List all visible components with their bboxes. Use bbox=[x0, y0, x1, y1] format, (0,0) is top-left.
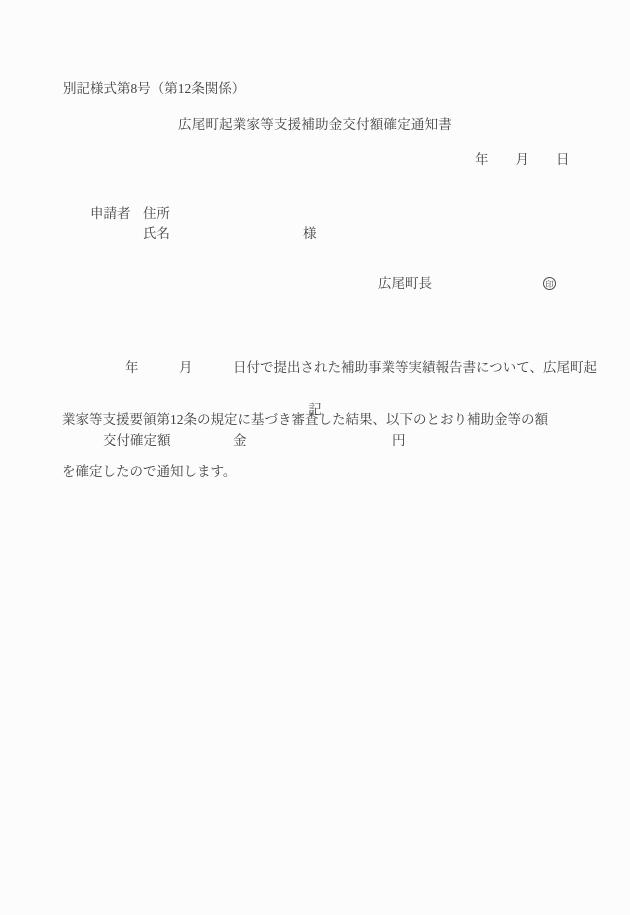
section-marker: 記 bbox=[0, 402, 630, 418]
body-line: 年 月 日付で提出された補助事業等実績報告書について、広尾町起 bbox=[62, 358, 574, 378]
issue-date-line: 年 月 日 bbox=[475, 152, 570, 168]
applicant-address-label: 住所 bbox=[143, 206, 170, 222]
amount-label: 交付確定額 bbox=[103, 433, 171, 449]
form-number: 別記様式第8号（第12条関係） bbox=[63, 81, 245, 97]
document-title: 広尾町起業家等支援補助金交付額確定通知書 bbox=[0, 117, 630, 133]
amount-currency-prefix: 金 bbox=[233, 433, 247, 449]
amount-currency-suffix: 円 bbox=[392, 433, 406, 449]
issuer-title: 広尾町長 bbox=[378, 276, 432, 292]
applicant-label: 申請者 bbox=[90, 206, 131, 222]
applicant-honorific: 様 bbox=[303, 226, 317, 242]
document-page: 別記様式第8号（第12条関係） 広尾町起業家等支援補助金交付額確定通知書 年 月… bbox=[0, 0, 630, 915]
body-line: を確定したので通知します。 bbox=[62, 462, 574, 482]
body-paragraph: 年 月 日付で提出された補助事業等実績報告書について、広尾町起 業家等支援要領第… bbox=[62, 326, 574, 514]
seal-icon: 印 bbox=[543, 277, 556, 290]
applicant-name-label: 氏名 bbox=[143, 226, 170, 242]
